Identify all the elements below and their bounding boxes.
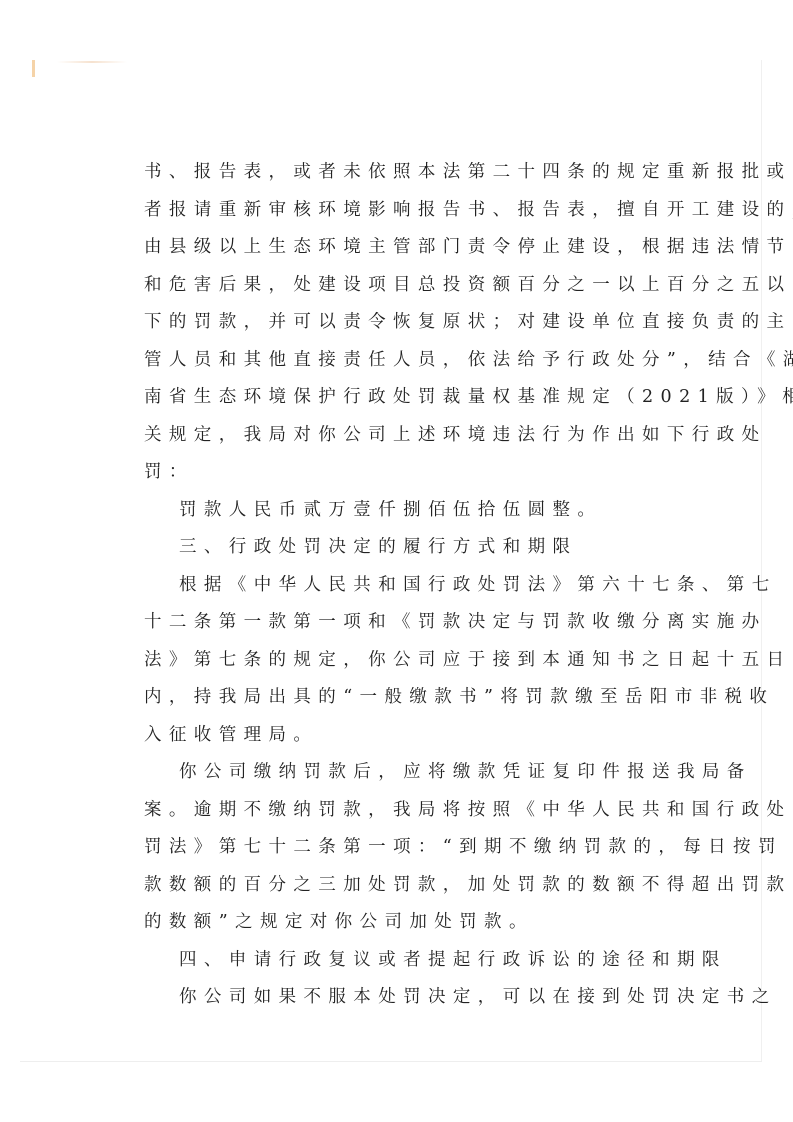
body-line: 罚：	[144, 454, 664, 492]
body-line: 内，持我局出具的“一般缴款书”将罚款缴至岳阳市非税收	[144, 679, 664, 717]
body-line: 的数额”之规定对你公司加处罚款。	[144, 904, 664, 942]
body-line: 入征收管理局。	[144, 717, 664, 755]
body-line: 由县级以上生态环境主管部门责令停止建设，根据违法情节	[144, 229, 664, 267]
body-line: 法》第七条的规定，你公司应于接到本通知书之日起十五日	[144, 642, 664, 680]
body-line: 书、报告表，或者未依照本法第二十四条的规定重新报批或	[144, 154, 664, 192]
scan-smudge	[57, 61, 127, 63]
page-edge-bottom	[20, 1061, 762, 1062]
body-line: 下的罚款，并可以责令恢复原状；对建设单位直接负责的主	[144, 304, 664, 342]
section-heading-3: 三、行政处罚决定的履行方式和期限	[144, 529, 664, 567]
body-line: 关规定，我局对你公司上述环境违法行为作出如下行政处	[144, 417, 664, 455]
body-line: 款数额的百分之三加处罚款，加处罚款的数额不得超出罚款	[144, 867, 664, 905]
body-line: 你公司如果不服本处罚决定，可以在接到处罚决定书之	[144, 979, 664, 1017]
body-line: 十二条第一款第一项和《罚款决定与罚款收缴分离实施办	[144, 604, 664, 642]
body-line: 案。逾期不缴纳罚款，我局将按照《中华人民共和国行政处	[144, 792, 664, 830]
scan-corner-mark	[32, 60, 35, 77]
body-line: 根据《中华人民共和国行政处罚法》第六十七条、第七	[144, 567, 664, 605]
document-body: 书、报告表，或者未依照本法第二十四条的规定重新报批或 者报请重新审核环境影响报告…	[144, 154, 664, 1017]
body-line: 管人员和其他直接责任人员，依法给予行政处分”，结合《湖	[144, 342, 664, 380]
body-line: 南省生态环境保护行政处罚裁量权基准规定（2021版）》相	[144, 379, 664, 417]
section-heading-4: 四、申请行政复议或者提起行政诉讼的途径和期限	[144, 942, 664, 980]
body-line: 者报请重新审核环境影响报告书、报告表，擅自开工建设的，	[144, 192, 664, 230]
body-line: 罚法》第七十二条第一项：“到期不缴纳罚款的，每日按罚	[144, 829, 664, 867]
body-line: 你公司缴纳罚款后，应将缴款凭证复印件报送我局备	[144, 754, 664, 792]
body-line: 和危害后果，处建设项目总投资额百分之一以上百分之五以	[144, 267, 664, 305]
penalty-amount-line: 罚款人民币贰万壹仟捌佰伍拾伍圆整。	[144, 492, 664, 530]
